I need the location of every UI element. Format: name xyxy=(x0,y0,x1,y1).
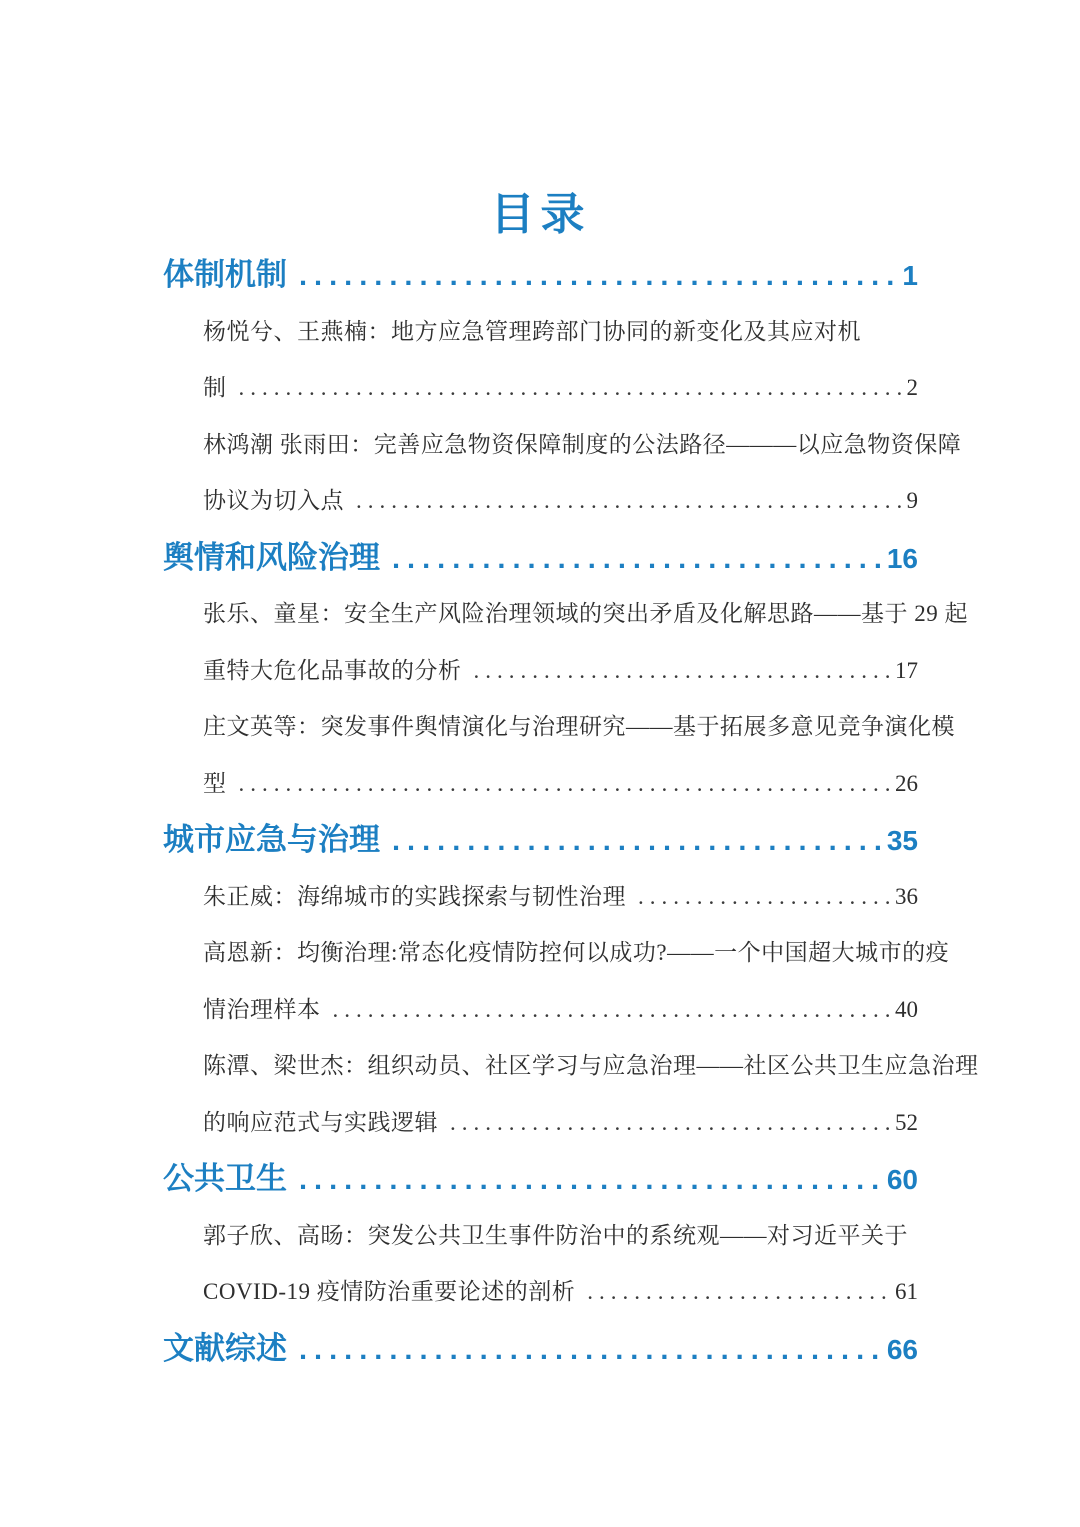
dot-leader xyxy=(392,812,881,870)
entry-text: COVID-19 疫情防治重要论述的剖析 xyxy=(203,1264,575,1321)
section-title: 城市应急与治理 xyxy=(163,812,380,869)
entry-text: 庄文英等：突发事件舆情演化与治理研究——基于拓展多意见竞争演化模 xyxy=(203,699,955,756)
dot-leader xyxy=(239,360,901,417)
dot-leader xyxy=(392,530,881,588)
section-title: 舆情和风险治理 xyxy=(163,530,380,587)
page-number: 60 xyxy=(887,1152,918,1209)
entry-text: 重特大危化品事故的分析 xyxy=(203,643,462,700)
dot-leader xyxy=(587,1264,889,1321)
toc-entry-line: 重特大危化品事故的分析 17 xyxy=(163,643,918,700)
section-title: 文献综述 xyxy=(163,1321,287,1378)
toc-section-row: 公共卫生 60 xyxy=(163,1151,918,1208)
entry-text: 高恩新：均衡治理:常态化疫情防控何以成功?——一个中国超大城市的疫 xyxy=(203,925,949,982)
page-number: 2 xyxy=(907,360,919,417)
page-title: 目录 xyxy=(163,186,918,243)
dot-leader xyxy=(356,473,901,530)
toc-section-row: 文献综述 66 xyxy=(163,1321,918,1378)
entry-text: 杨悦兮、王燕楠：地方应急管理跨部门协同的新变化及其应对机 xyxy=(203,304,861,361)
toc-entry-line: 郭子欣、高旸：突发公共卫生事件防治中的系统观——对习近平关于 xyxy=(163,1208,918,1265)
entry-text: 协议为切入点 xyxy=(203,473,344,530)
page-number: 35 xyxy=(887,813,918,870)
toc-entry-line: 协议为切入点 9 xyxy=(163,473,918,530)
toc-entry-line: 朱正威：海绵城市的实践探索与韧性治理 36 xyxy=(163,869,918,926)
toc-section-row: 舆情和风险治理 16 xyxy=(163,530,918,587)
toc-entry-line: 陈潭、梁世杰：组织动员、社区学习与应急治理——社区公共卫生应急治理 xyxy=(163,1038,918,1095)
page-number: 36 xyxy=(895,869,918,926)
entry-text: 情治理样本 xyxy=(203,982,321,1039)
entry-text: 朱正威：海绵城市的实践探索与韧性治理 xyxy=(203,869,626,926)
page-number: 40 xyxy=(895,982,918,1039)
entry-text: 的响应范式与实践逻辑 xyxy=(203,1095,438,1152)
section-title: 体制机制 xyxy=(163,247,287,304)
entry-text: 林鸿潮 张雨田：完善应急物资保障制度的公法路径———以应急物资保障 xyxy=(203,417,961,474)
page-number: 9 xyxy=(907,473,919,530)
page-number: 52 xyxy=(895,1095,918,1152)
toc-entry-line: 型 26 xyxy=(163,756,918,813)
dot-leader xyxy=(239,756,890,813)
toc-section-row: 城市应急与治理 35 xyxy=(163,812,918,869)
dot-leader xyxy=(474,643,890,700)
entry-text: 型 xyxy=(203,756,227,813)
toc-entry-line: COVID-19 疫情防治重要论述的剖析 61 xyxy=(163,1264,918,1321)
entry-text: 陈潭、梁世杰：组织动员、社区学习与应急治理——社区公共卫生应急治理 xyxy=(203,1038,979,1095)
page-number: 26 xyxy=(895,756,918,813)
entry-text: 制 xyxy=(203,360,227,417)
dot-leader xyxy=(299,247,896,305)
dot-leader xyxy=(638,869,889,926)
toc-entry-line: 的响应范式与实践逻辑 52 xyxy=(163,1095,918,1152)
dot-leader xyxy=(299,1151,881,1209)
dot-leader xyxy=(333,982,890,1039)
toc-entry-line: 杨悦兮、王燕楠：地方应急管理跨部门协同的新变化及其应对机 xyxy=(163,304,918,361)
dot-leader xyxy=(299,1321,881,1379)
toc-entry-line: 张乐、童星：安全生产风险治理领域的突出矛盾及化解思路——基于 29 起 xyxy=(163,586,918,643)
page-number: 1 xyxy=(902,248,918,305)
page-number: 16 xyxy=(887,531,918,588)
page-number: 17 xyxy=(895,643,918,700)
toc-entry-line: 制 2 xyxy=(163,360,918,417)
toc-list: 体制机制 1 杨悦兮、王燕楠：地方应急管理跨部门协同的新变化及其应对机 制 2 … xyxy=(163,247,918,1377)
toc-entry-line: 情治理样本 40 xyxy=(163,982,918,1039)
toc-page: 目录 体制机制 1 杨悦兮、王燕楠：地方应急管理跨部门协同的新变化及其应对机 制… xyxy=(0,0,1080,1527)
toc-entry-line: 高恩新：均衡治理:常态化疫情防控何以成功?——一个中国超大城市的疫 xyxy=(163,925,918,982)
section-title: 公共卫生 xyxy=(163,1151,287,1208)
toc-section-row: 体制机制 1 xyxy=(163,247,918,304)
page-number: 66 xyxy=(887,1322,918,1379)
toc-entry-line: 林鸿潮 张雨田：完善应急物资保障制度的公法路径———以应急物资保障 xyxy=(163,417,918,474)
dot-leader xyxy=(450,1095,889,1152)
entry-text: 郭子欣、高旸：突发公共卫生事件防治中的系统观——对习近平关于 xyxy=(203,1208,908,1265)
toc-entry-line: 庄文英等：突发事件舆情演化与治理研究——基于拓展多意见竞争演化模 xyxy=(163,699,918,756)
page-number: 61 xyxy=(895,1264,918,1321)
entry-text: 张乐、童星：安全生产风险治理领域的突出矛盾及化解思路——基于 29 起 xyxy=(203,586,968,643)
